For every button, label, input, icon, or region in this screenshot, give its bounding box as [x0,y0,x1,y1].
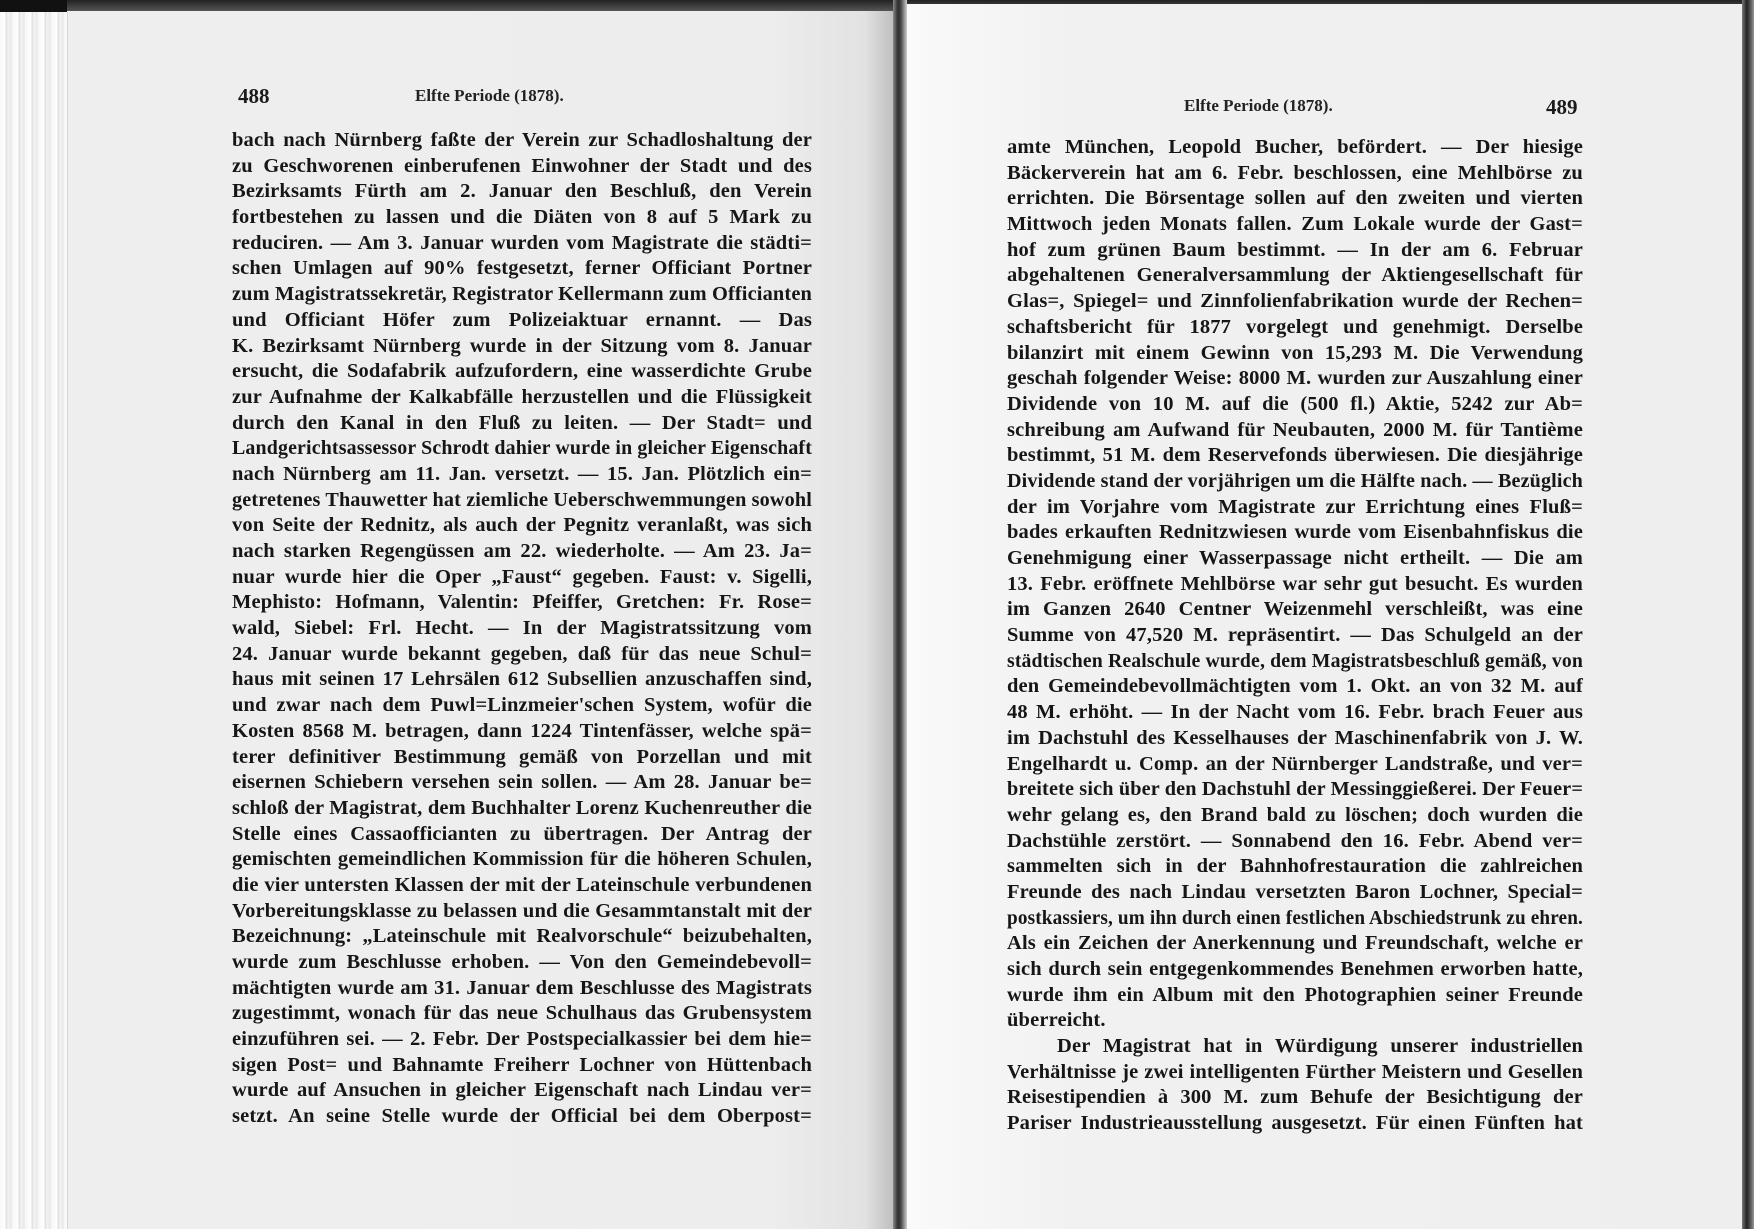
text-line: wurde ihm ein Album mit den Photographie… [1007,983,1583,1009]
right-page-body: amte München, Leopold Bucher, befördert.… [1007,135,1583,1137]
text-line: getretenes Thauwetter hat ziemliche Uebe… [232,488,812,514]
text-line: abgehaltenen Generalversammlung der Akti… [1007,263,1583,289]
text-line: Bäckerverein hat am 6. Febr. beschlossen… [1007,161,1583,187]
stacked-page-edges [0,12,68,1229]
text-line: schreibung am Aufwand für Neubauten, 200… [1007,418,1583,444]
text-line: haus mit seinen 17 Lehrsälen 612 Subsell… [232,667,812,693]
text-line: von Seite der Rednitz, als auch der Pegn… [232,513,812,539]
scan-top-left-border [0,0,67,12]
text-line: terer definitiver Bestimmung gemäß von P… [232,745,812,771]
text-line: schloß der Magistrat, dem Buchhalter Lor… [232,796,812,822]
text-line: nach starken Regengüssen am 22. wiederho… [232,539,812,565]
text-line: ersucht, die Sodafabrik aufzufordern, ei… [232,359,812,385]
text-line: Genehmigung einer Wasserpassage nicht er… [1007,546,1583,572]
text-line: städtischen Realschule wurde, dem Magist… [1007,649,1583,675]
text-line: setzt. An seine Stelle wurde der Officia… [232,1104,812,1130]
text-line: einzuführen sei. — 2. Febr. Der Postspec… [232,1027,812,1053]
text-line: bilanzirt mit einem Gewinn von 15,293 M.… [1007,341,1583,367]
text-line: hof zum grünen Baum bestimmt. — In der a… [1007,238,1583,264]
text-line: Pariser Industrieausstellung ausgesetzt.… [1007,1111,1583,1137]
text-line: 24. Januar wurde bekannt gegeben, daß fü… [232,642,812,668]
text-line: schen Umlagen auf 90% festgesetzt, ferne… [232,256,812,282]
paragraph-start-line: Der Magistrat hat in Würdigung unserer i… [1007,1034,1583,1060]
text-line: Verhältnisse je zwei intelligenten Fürth… [1007,1060,1583,1086]
text-line: eisernen Schiebern versehen sein sollen.… [232,770,812,796]
text-line: errichten. Die Börsentage sollen auf den… [1007,186,1583,212]
text-line: zugestimmt, wonach für das neue Schulhau… [232,1001,812,1027]
text-line: Glas=, Spiegel= und Zinnfolienfabrikatio… [1007,289,1583,315]
left-page-body: bach nach Nürnberg faßte der Verein zur … [232,128,812,1130]
text-line: im Ganzen 2640 Centner Weizenmehl versch… [1007,597,1583,623]
text-line: im Dachstuhl des Kesselhauses der Maschi… [1007,726,1583,752]
text-line: wald, Siebel: Frl. Hecht. — In der Magis… [232,616,812,642]
text-line: reduciren. — Am 3. Januar wurden vom Mag… [232,231,812,257]
text-line: breitete sich über den Dachstuhl der Mes… [1007,777,1583,803]
right-page-number: 489 [1546,95,1578,120]
text-line: Engelhardt u. Comp. an der Nürnberger La… [1007,752,1583,778]
text-line: schaftsbericht für 1877 vorgelegt und ge… [1007,315,1583,341]
text-line: bades erkauften Rednitzwiesen wurde vom … [1007,520,1583,546]
text-line: Freunde des nach Lindau versetzten Baron… [1007,880,1583,906]
book-gutter [893,0,907,1229]
left-page-number: 488 [238,84,270,109]
text-line: bestimmt, 51 M. dem Reservefonds überwie… [1007,443,1583,469]
paragraph-end-line: überreicht. [1007,1008,1583,1034]
text-line: zur Aufnahme der Kalkabfälle herzustelle… [232,385,812,411]
text-line: zum Magistratssekretär, Registrator Kell… [232,282,812,308]
text-line: Stelle eines Cassaofficianten zu übertra… [232,822,812,848]
text-line: mächtigten wurde am 31. Januar dem Besch… [232,976,812,1002]
text-line: Als ein Zeichen der Anerkennung und Freu… [1007,931,1583,957]
text-line: Bezeichnung: „Lateinschule mit Realvorsc… [232,924,812,950]
text-line: sigen Post= und Bahnamte Freiherr Lochne… [232,1053,812,1079]
text-line: und zwar nach dem Puwl=Linzmeier'schen S… [232,693,812,719]
text-line: postkassiers, um ihn durch einen festlic… [1007,906,1583,932]
text-line: Dividende stand der vorjährigen um die H… [1007,469,1583,495]
scan-right-border [1742,0,1754,1229]
text-line: die vier untersten Klassen der mit der L… [232,873,812,899]
text-line: sammelten sich in der Bahnhofrestauratio… [1007,854,1583,880]
text-line: Bezirksamts Fürth am 2. Januar den Besch… [232,179,812,205]
book-spread: 488 Elfte Periode (1878). bach nach Nürn… [0,0,1754,1229]
text-line: K. Bezirksamt Nürnberg wurde in der Sitz… [232,334,812,360]
text-line: Kosten 8568 M. betragen, dann 1224 Tinte… [232,719,812,745]
text-line: der im Vorjahre vom Magistrate zur Erric… [1007,495,1583,521]
text-line: Dachstühle zerstört. — Sonnabend den 16.… [1007,829,1583,855]
text-line: 13. Febr. eröffnete Mehlbörse war sehr g… [1007,572,1583,598]
text-line: sich durch sein entgegenkommendes Benehm… [1007,957,1583,983]
text-line: Reisestipendien à 300 M. zum Behufe der … [1007,1085,1583,1111]
text-line: Vorbereitungsklasse zu belassen und die … [232,899,812,925]
text-line: den Gemeindebevollmächtigten vom 1. Okt.… [1007,674,1583,700]
text-line: bach nach Nürnberg faßte der Verein zur … [232,128,812,154]
text-line: nach Nürnberg am 11. Jan. versetzt. — 15… [232,462,812,488]
text-line: Summe von 47,520 M. repräsentirt. — Das … [1007,623,1583,649]
text-line: 48 M. erhöht. — In der Nacht vom 16. Feb… [1007,700,1583,726]
text-line: zu Geschworenen einberufenen Einwohner d… [232,154,812,180]
text-line: Mephisto: Hofmann, Valentin: Pfeiffer, G… [232,590,812,616]
left-running-head: Elfte Periode (1878). [415,86,564,106]
text-line: wurde auf Ansuchen in gleicher Eigenscha… [232,1078,812,1104]
text-line: Mittwoch jeden Monats fallen. Zum Lokale… [1007,212,1583,238]
text-line: fortbestehen zu lassen und die Diäten vo… [232,205,812,231]
text-line: nuar wurde hier die Oper „Faust“ gegeben… [232,565,812,591]
text-line: Landgerichtsassessor Schrodt dahier wurd… [232,436,812,462]
text-line: durch den Kanal in den Fluß zu leiten. —… [232,411,812,437]
text-line: wurde zum Beschlusse erhoben. — Von den … [232,950,812,976]
text-line: und Officiant Höfer zum Polizeiaktuar er… [232,308,812,334]
text-line: geschah folgender Weise: 8000 M. wurden … [1007,366,1583,392]
text-line: amte München, Leopold Bucher, befördert.… [1007,135,1583,161]
text-line: gemischten gemeindlichen Kommission für … [232,847,812,873]
text-line: Dividende von 10 M. auf die (500 fl.) Ak… [1007,392,1583,418]
right-running-head: Elfte Periode (1878). [1184,96,1333,116]
text-line: wehr gelang es, den Brand bald zu lösche… [1007,803,1583,829]
